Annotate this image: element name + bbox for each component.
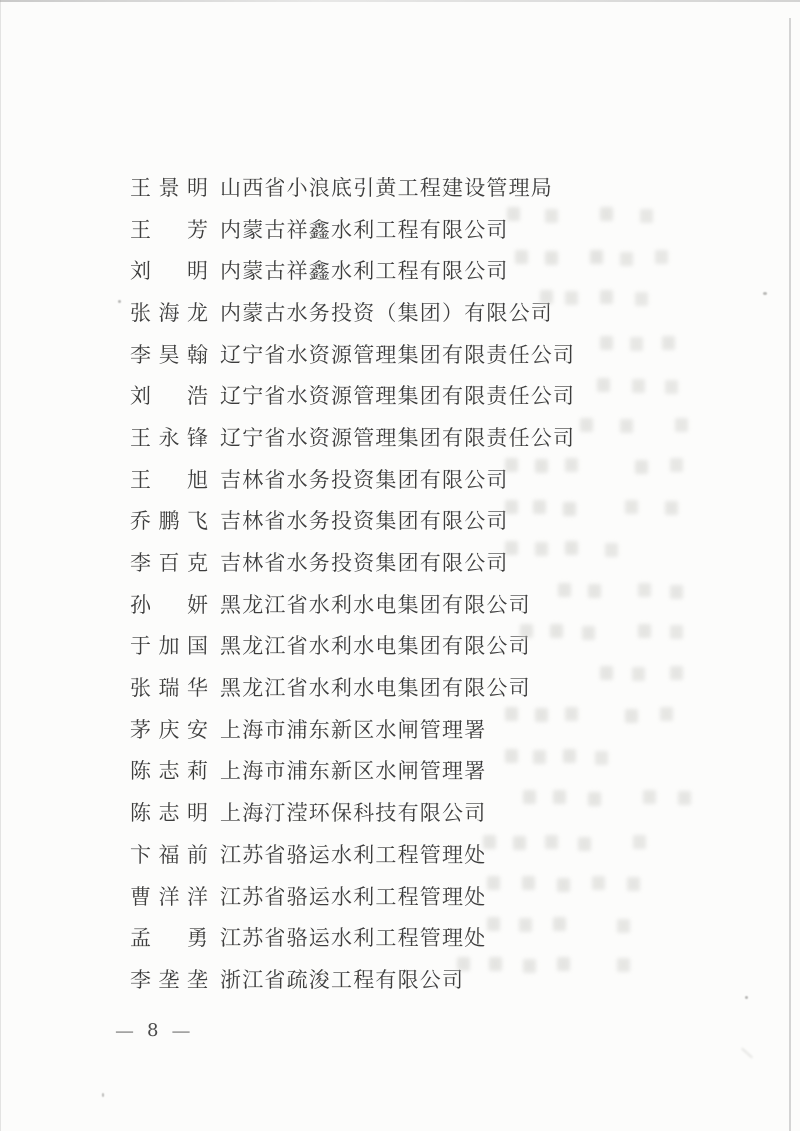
scan-scratch	[741, 1048, 753, 1059]
person-name: 乔鹏飞	[130, 505, 208, 535]
roster-row: 曹洋洋 江苏省骆运水利工程管理处	[130, 875, 750, 917]
person-name: 张瑞华	[130, 672, 208, 702]
bleed-through-artifact	[597, 378, 610, 392]
person-name: 陈志明	[130, 797, 208, 827]
person-name: 李昊翰	[130, 339, 208, 369]
page-number-dash-right: —	[172, 1021, 189, 1041]
bleed-through-artifact	[515, 250, 528, 264]
person-name: 孙妍	[130, 589, 208, 619]
roster-row: 茅庆安 上海市浦东新区水闸管理署	[130, 708, 750, 750]
roster-row: 王芳 内蒙古祥鑫水利工程有限公司	[130, 208, 750, 250]
organization-name: 黑龙江省水利水电集团有限公司	[220, 589, 531, 619]
person-name: 李百克	[130, 547, 208, 577]
person-name: 王景明	[130, 172, 208, 202]
organization-name: 辽宁省水资源管理集团有限责任公司	[220, 339, 575, 369]
roster-row: 刘浩 辽宁省水资源管理集团有限责任公司	[130, 374, 750, 416]
organization-name: 辽宁省水资源管理集团有限责任公司	[220, 380, 575, 410]
roster-row: 乔鹏飞 吉林省水务投资集团有限公司	[130, 500, 750, 542]
scan-edge-left	[0, 0, 1, 1131]
page-number-value: 8	[147, 1020, 158, 1041]
page-number-dash-left: —	[116, 1021, 133, 1041]
roster-row: 张瑞华 黑龙江省水利水电集团有限公司	[130, 666, 750, 708]
organization-name: 黑龙江省水利水电集团有限公司	[220, 672, 531, 702]
bleed-through-artifact	[505, 707, 518, 721]
organization-name: 吉林省水务投资集团有限公司	[220, 464, 509, 494]
organization-name: 内蒙古祥鑫水利工程有限公司	[220, 255, 509, 285]
bleed-through-artifact	[487, 876, 500, 890]
bleed-through-artifact	[457, 957, 470, 971]
organization-name: 上海市浦东新区水闸管理署	[220, 755, 486, 785]
bleed-through-artifact	[600, 336, 613, 350]
organization-name: 黑龙江省水利水电集团有限公司	[220, 630, 531, 660]
roster-row: 李百克 吉林省水务投资集团有限公司	[130, 541, 750, 583]
bleed-through-artifact	[505, 500, 518, 514]
roster-row: 李昊翰 辽宁省水资源管理集团有限责任公司	[130, 333, 750, 375]
organization-name: 内蒙古祥鑫水利工程有限公司	[220, 214, 509, 244]
bleed-through-artifact	[505, 749, 518, 763]
organization-name: 上海市浦东新区水闸管理署	[220, 714, 486, 744]
scanned-document-page: 王景明 山西省小浪底引黄工程建设管理局 王芳 内蒙古祥鑫水利工程有限公司 刘明 …	[0, 0, 800, 1131]
organization-name: 江苏省骆运水利工程管理处	[220, 881, 486, 911]
organization-name: 吉林省水务投资集团有限公司	[220, 505, 509, 535]
bleed-through-artifact	[540, 290, 553, 304]
person-name: 王旭	[130, 464, 208, 494]
roster-row: 刘明 内蒙古祥鑫水利工程有限公司	[130, 249, 750, 291]
person-name: 陈志莉	[130, 755, 208, 785]
bleed-through-artifact	[487, 917, 500, 931]
person-name: 张海龙	[130, 297, 208, 327]
roster-row: 于加国 黑龙江省水利水电集团有限公司	[130, 625, 750, 667]
roster-row: 陈志莉 上海市浦东新区水闸管理署	[130, 750, 750, 792]
person-name: 茅庆安	[130, 714, 208, 744]
scan-edge-right	[789, 18, 791, 1131]
organization-name: 江苏省骆运水利工程管理处	[220, 922, 486, 952]
person-name: 卞福前	[130, 839, 208, 869]
organization-name: 江苏省骆运水利工程管理处	[220, 839, 486, 869]
bleed-through-artifact	[505, 458, 518, 472]
person-name: 孟勇	[130, 922, 208, 952]
organization-name: 浙江省疏浚工程有限公司	[220, 964, 464, 994]
page-number: — 8 —	[116, 1020, 189, 1041]
dust-speck	[763, 292, 767, 295]
person-name: 刘浩	[130, 380, 208, 410]
bleed-through-artifact	[580, 418, 593, 432]
bleed-through-artifact	[507, 207, 520, 221]
organization-name: 吉林省水务投资集团有限公司	[220, 547, 509, 577]
bleed-through-artifact	[523, 790, 536, 804]
organization-name: 辽宁省水资源管理集团有限责任公司	[220, 422, 575, 452]
dust-speck	[102, 1093, 104, 1097]
roster-row: 王旭 吉林省水务投资集团有限公司	[130, 458, 750, 500]
roster-list: 王景明 山西省小浪底引黄工程建设管理局 王芳 内蒙古祥鑫水利工程有限公司 刘明 …	[130, 166, 750, 1000]
bleed-through-artifact	[505, 541, 518, 555]
person-name: 于加国	[130, 630, 208, 660]
roster-row: 孟勇 江苏省骆运水利工程管理处	[130, 916, 750, 958]
roster-row: 王永锋 辽宁省水资源管理集团有限责任公司	[130, 416, 750, 458]
roster-row: 孙妍 黑龙江省水利水电集团有限公司	[130, 583, 750, 625]
scan-edge-top	[0, 0, 800, 2]
bleed-through-artifact	[483, 835, 496, 849]
organization-name: 上海汀滢环保科技有限公司	[220, 797, 486, 827]
person-name: 刘明	[130, 255, 208, 285]
person-name: 王芳	[130, 214, 208, 244]
bleed-through-artifact	[600, 666, 613, 680]
dust-speck	[745, 996, 748, 999]
roster-row: 张海龙 内蒙古水务投资（集团）有限公司	[130, 291, 750, 333]
organization-name: 山西省小浪底引黄工程建设管理局	[220, 172, 553, 202]
roster-row: 王景明 山西省小浪底引黄工程建设管理局	[130, 166, 750, 208]
person-name: 李垄垄	[130, 964, 208, 994]
person-name: 王永锋	[130, 422, 208, 452]
roster-row: 卞福前 江苏省骆运水利工程管理处	[130, 833, 750, 875]
person-name: 曹洋洋	[130, 881, 208, 911]
bleed-through-artifact	[520, 624, 533, 638]
roster-row: 陈志明 上海汀滢环保科技有限公司	[130, 791, 750, 833]
organization-name: 内蒙古水务投资（集团）有限公司	[220, 297, 553, 327]
bleed-through-artifact	[558, 583, 571, 597]
roster-row: 李垄垄 浙江省疏浚工程有限公司	[130, 958, 750, 1000]
dust-speck	[118, 300, 121, 303]
